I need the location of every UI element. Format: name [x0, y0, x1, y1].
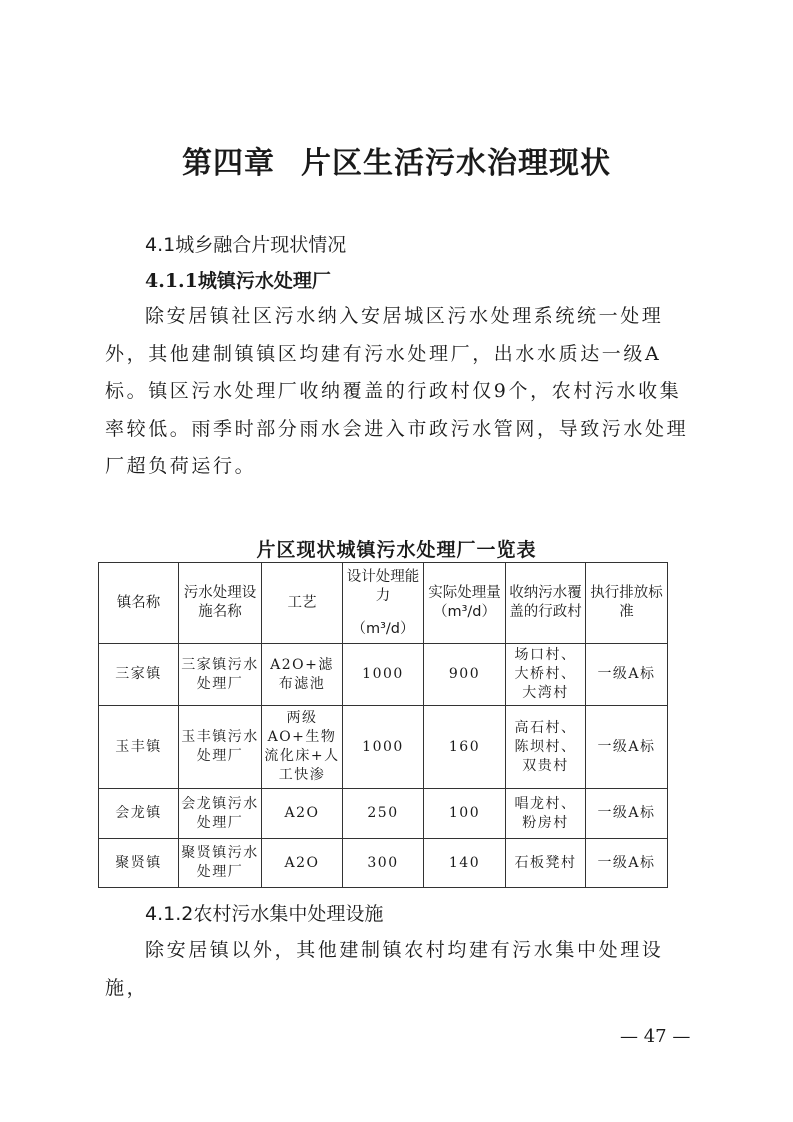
cell-villages: 石板凳村 — [506, 839, 586, 888]
header-design-capacity: 设计处理能力（m³/d） — [343, 563, 424, 644]
table-row: 三家镇 三家镇污水处理厂 A2O+滤布滤池 1000 900 场口村、大桥村、大… — [99, 644, 668, 706]
table-row: 聚贤镇 聚贤镇污水处理厂 A2O 300 140 石板凳村 一级A标 — [99, 839, 668, 888]
cell-standard: 一级A标 — [586, 839, 668, 888]
cell-process: A2O+滤布滤池 — [262, 644, 343, 706]
cell-process: A2O — [262, 789, 343, 839]
cell-actual-volume: 100 — [424, 789, 506, 839]
table-row: 玉丰镇 玉丰镇污水处理厂 两级AO+生物流化床+人工快渗 1000 160 高石… — [99, 706, 668, 789]
header-standard: 执行排放标准 — [586, 563, 668, 644]
cell-process: A2O — [262, 839, 343, 888]
page-number: — 47 — — [620, 1026, 690, 1047]
paragraph-1-text: 除安居镇社区污水纳入安居城区污水处理系统统一处理外，其他建制镇镇区均建有污水处理… — [105, 305, 688, 477]
chapter-number: 第四章 — [182, 146, 275, 181]
cell-town: 三家镇 — [99, 644, 179, 706]
header-town: 镇名称 — [99, 563, 179, 644]
cell-process: 两级AO+生物流化床+人工快渗 — [262, 706, 343, 789]
cell-actual-volume: 140 — [424, 839, 506, 888]
cell-facility: 会龙镇污水处理厂 — [179, 789, 262, 839]
cell-town: 玉丰镇 — [99, 706, 179, 789]
cell-design-capacity: 1000 — [343, 644, 424, 706]
cell-villages: 唱龙村、粉房村 — [506, 789, 586, 839]
cell-town: 会龙镇 — [99, 789, 179, 839]
table-row: 会龙镇 会龙镇污水处理厂 A2O 250 100 唱龙村、粉房村 一级A标 — [99, 789, 668, 839]
cell-actual-volume: 160 — [424, 706, 506, 789]
paragraph-2: 除安居镇以外，其他建制镇农村均建有污水集中处理设施， — [105, 932, 695, 1007]
header-villages: 收纳污水覆盖的行政村 — [506, 563, 586, 644]
table-title: 片区现状城镇污水处理厂一览表 — [0, 535, 793, 562]
chapter-title: 第四章片区生活污水治理现状 — [0, 138, 793, 182]
cell-villages: 场口村、大桥村、大湾村 — [506, 644, 586, 706]
table-header-row: 镇名称 污水处理设施名称 工艺 设计处理能力（m³/d） 实际处理量（m³/d）… — [99, 563, 668, 644]
header-actual-volume: 实际处理量（m³/d） — [424, 563, 506, 644]
cell-standard: 一级A标 — [586, 644, 668, 706]
cell-design-capacity: 300 — [343, 839, 424, 888]
cell-villages: 高石村、陈坝村、双贵村 — [506, 706, 586, 789]
wastewater-plants-table: 镇名称 污水处理设施名称 工艺 设计处理能力（m³/d） 实际处理量（m³/d）… — [98, 562, 668, 888]
paragraph-1: 除安居镇社区污水纳入安居城区污水处理系统统一处理外，其他建制镇镇区均建有污水处理… — [105, 298, 695, 486]
cell-facility: 聚贤镇污水处理厂 — [179, 839, 262, 888]
cell-facility: 三家镇污水处理厂 — [179, 644, 262, 706]
cell-facility: 玉丰镇污水处理厂 — [179, 706, 262, 789]
cell-design-capacity: 1000 — [343, 706, 424, 789]
section-heading: 4.1城乡融合片现状情况 — [145, 230, 346, 257]
paragraph-2-text: 除安居镇以外，其他建制镇农村均建有污水集中处理设施， — [105, 939, 663, 999]
cell-design-capacity: 250 — [343, 789, 424, 839]
cell-actual-volume: 900 — [424, 644, 506, 706]
subsection-heading-2: 4.1.2农村污水集中处理设施 — [145, 899, 383, 926]
design-capacity-unit: （m³/d） — [345, 620, 421, 639]
chapter-text: 片区生活污水治理现状 — [301, 146, 611, 181]
header-process: 工艺 — [262, 563, 343, 644]
header-facility: 污水处理设施名称 — [179, 563, 262, 644]
cell-town: 聚贤镇 — [99, 839, 179, 888]
subsection-heading-1: 4.1.1城镇污水处理厂 — [145, 266, 331, 293]
actual-volume-unit: （m³/d） — [433, 604, 496, 620]
cell-standard: 一级A标 — [586, 706, 668, 789]
cell-standard: 一级A标 — [586, 789, 668, 839]
